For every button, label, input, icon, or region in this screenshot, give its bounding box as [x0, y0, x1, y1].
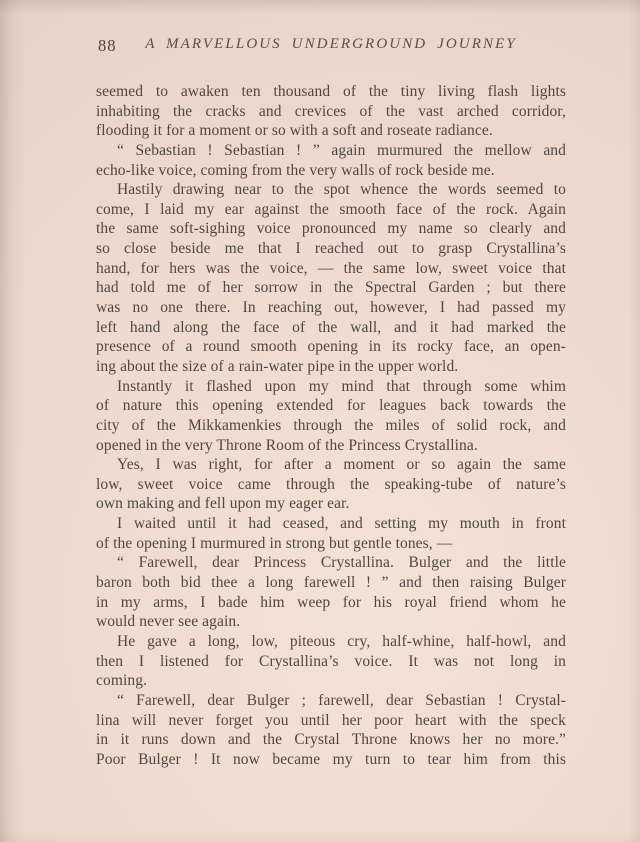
text-line: would never see again. [96, 612, 566, 632]
text-line: city of the Mikkamenkies through the mil… [96, 416, 566, 436]
text-line: lina will never forget you until her poo… [96, 711, 566, 731]
text-line: coming. [96, 671, 566, 691]
text-line: seemed to awaken ten thousand of the tin… [96, 82, 566, 102]
running-head: 88 A MARVELLOUS UNDERGROUND JOURNEY [96, 36, 566, 58]
text-line: Instantly it flashed upon my mind that t… [96, 377, 566, 397]
text-line: “ Farewell, dear Bulger ; farewell, dear… [96, 691, 566, 711]
text-line: opened in the very Throne Room of the Pr… [96, 436, 566, 456]
text-line: hand, for hers was the voice, — the same… [96, 259, 566, 279]
text-line: of the opening I murmured in strong but … [96, 534, 566, 554]
text-line: baron both bid thee a long farewell ! ” … [96, 573, 566, 593]
text-line: inhabiting the cracks and crevices of th… [96, 102, 566, 122]
text-line: flooding it for a moment or so with a so… [96, 121, 566, 141]
text-line: I waited until it had ceased, and settin… [96, 514, 566, 534]
running-title: A MARVELLOUS UNDERGROUND JOURNEY [96, 36, 566, 53]
text-line: presence of a round smooth opening in it… [96, 337, 566, 357]
text-line: He gave a long, low, piteous cry, half-w… [96, 632, 566, 652]
text-line: in my arms, I bade him weep for his roya… [96, 593, 566, 613]
text-line: was no one there. In reaching out, howev… [96, 298, 566, 318]
text-line: left hand along the face of the wall, an… [96, 318, 566, 338]
text-line: own making and fell upon my eager ear. [96, 494, 566, 514]
text-line: had told me of her sorrow in the Spectra… [96, 278, 566, 298]
page-number: 88 [98, 36, 117, 56]
text-line: low, sweet voice came through the speaki… [96, 475, 566, 495]
text-line: Poor Bulger ! It now became my turn to t… [96, 750, 566, 770]
text-line: so close beside me that I reached out to… [96, 239, 566, 259]
text-line: Hastily drawing near to the spot whence … [96, 180, 566, 200]
text-line: “ Sebastian ! Sebastian ! ” again murmur… [96, 141, 566, 161]
text-line: then I listened for Crystallina’s voice.… [96, 652, 566, 672]
text-line: echo-like voice, coming from the very wa… [96, 161, 566, 181]
text-line: of nature this opening extended for leag… [96, 396, 566, 416]
text-line: the same soft-sighing voice pronounced m… [96, 219, 566, 239]
text-line: “ Farewell, dear Princess Crystallina. B… [96, 553, 566, 573]
text-line: in it runs down and the Crystal Throne k… [96, 730, 566, 750]
page-body: seemed to awaken ten thousand of the tin… [96, 82, 566, 769]
text-line: ing about the size of a rain-water pipe … [96, 357, 566, 377]
text-line: come, I laid my ear against the smooth f… [96, 200, 566, 220]
text-line: Yes, I was right, for after a moment or … [96, 455, 566, 475]
book-page: 88 A MARVELLOUS UNDERGROUND JOURNEY seem… [0, 0, 640, 842]
